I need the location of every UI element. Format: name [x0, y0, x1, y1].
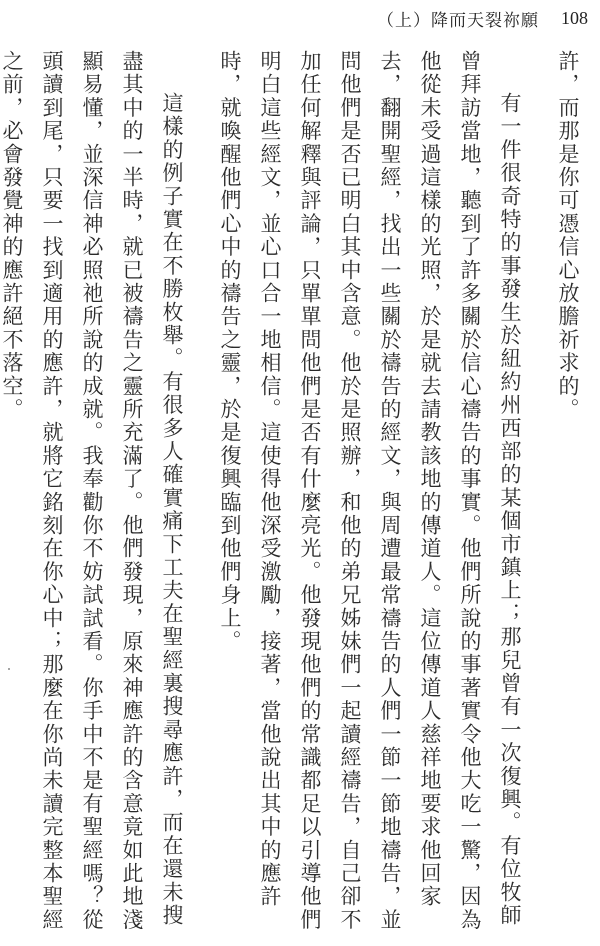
- paragraph-continuation: 許，而那是你可憑信心放膽祈求的。: [548, 50, 588, 935]
- running-title: （上）降而天裂祢願: [377, 6, 539, 31]
- page-number: 108: [561, 8, 588, 29]
- paragraph: 這樣的例子實在不勝枚舉。有很多人確實痛下工夫在聖經裏搜尋應許，而在還未搜盡其中的…: [0, 50, 192, 935]
- scan-speck: [47, 714, 49, 716]
- paragraph-gap: [530, 50, 548, 935]
- vertical-text-body: 許，而那是你可憑信心放膽祈求的。 有一件很奇特的事發生於紐約州西部的某個市鎮上；…: [0, 50, 588, 935]
- paragraph: 有一件很奇特的事發生於紐約州西部的某個市鎮上；那兒曾有一次復興。有位牧師曾拜訪當…: [210, 50, 530, 935]
- scan-speck: [8, 668, 10, 670]
- page-header: （上）降而天裂祢願 108: [377, 6, 588, 30]
- paragraph-gap: [192, 50, 210, 935]
